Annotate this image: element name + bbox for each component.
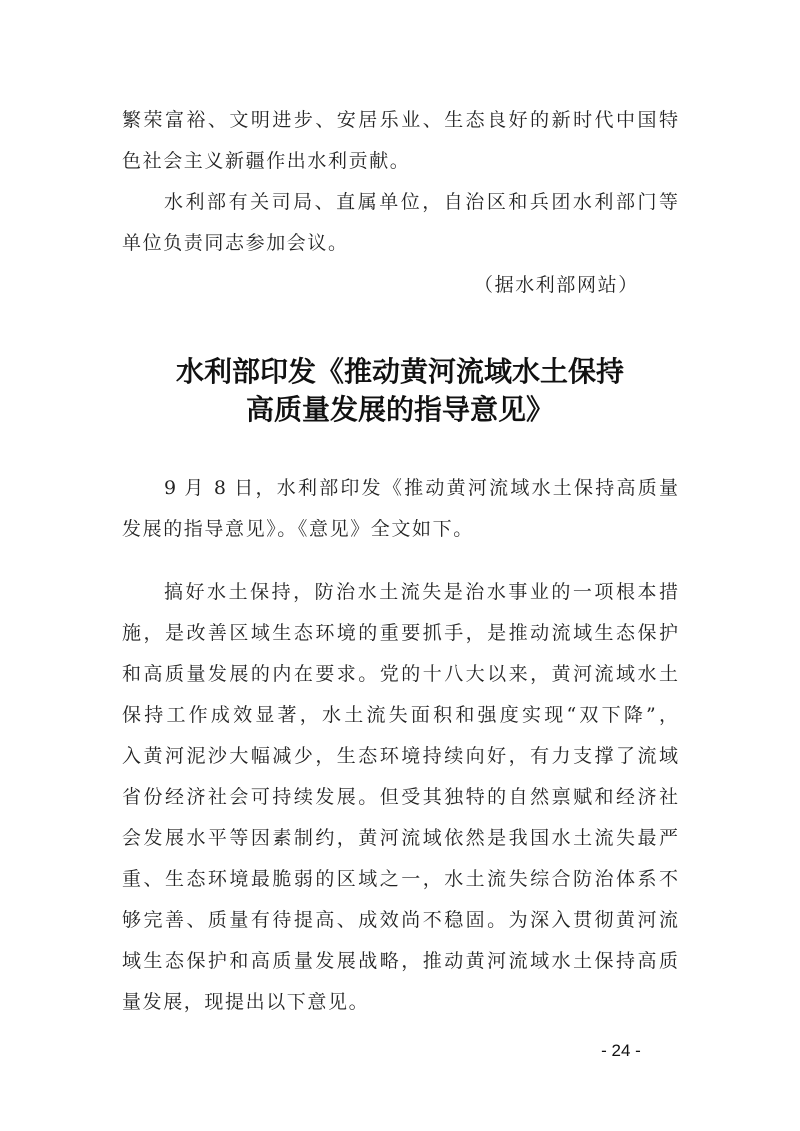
body-text-line: 施，是改善区域生态环境的重要抓手，是推动流域生态保护 [122,618,678,648]
body-text-line: 省份经济社会可持续发展。但受其独特的自然禀赋和经济社 [122,782,678,812]
body-text-line: 搞好水土保持，防治水土流失是治水事业的一项根本措 [164,577,678,607]
body-text-line: 保持工作成效显著，水土流失面积和强度实现“双下降”， [122,700,678,730]
body-text-line: 水利部有关司局、直属单位，自治区和兵团水利部门等 [164,187,678,217]
body-text-line: 重、生态环境最脆弱的区域之一，水土流失综合防治体系不 [122,864,678,894]
body-text-line: 和高质量发展的内在要求。党的十八大以来，黄河流域水土 [122,659,678,689]
page-number: - 24 - [596,1038,646,1064]
document-page: 繁荣富裕、文明进步、安居乐业、生态良好的新时代中国特 色社会主义新疆作出水利贡献… [0,0,800,1131]
body-text-line: 单位负责同志参加会议。 [122,228,678,258]
body-text-line: 够完善、质量有待提高、成效尚不稳固。为深入贯彻黄河流 [122,905,678,935]
body-text-line: 会发展水平等因素制约，黄河流域依然是我国水土流失最严 [122,823,678,853]
article-title-line-2: 高质量发展的指导意见》 [0,391,800,429]
source-note: （据水利部网站） [474,270,639,300]
body-text-line: 9 月 8 日，水利部印发《推动黄河流域水土保持高质量 [164,473,678,503]
body-text-line: 色社会主义新疆作出水利贡献。 [122,146,678,176]
body-text-line: 入黄河泥沙大幅减少，生态环境持续向好，有力支撑了流域 [122,741,678,771]
body-text-line: 发展的指导意见》。《意见》全文如下。 [122,514,678,544]
article-title-line-1: 水利部印发《推动黄河流域水土保持 [0,353,800,391]
body-text-line: 域生态保护和高质量发展战略，推动黄河流域水土保持高质 [122,946,678,976]
body-text-line: 繁荣富裕、文明进步、安居乐业、生态良好的新时代中国特 [122,105,678,135]
body-text-line: 量发展，现提出以下意见。 [122,987,678,1017]
